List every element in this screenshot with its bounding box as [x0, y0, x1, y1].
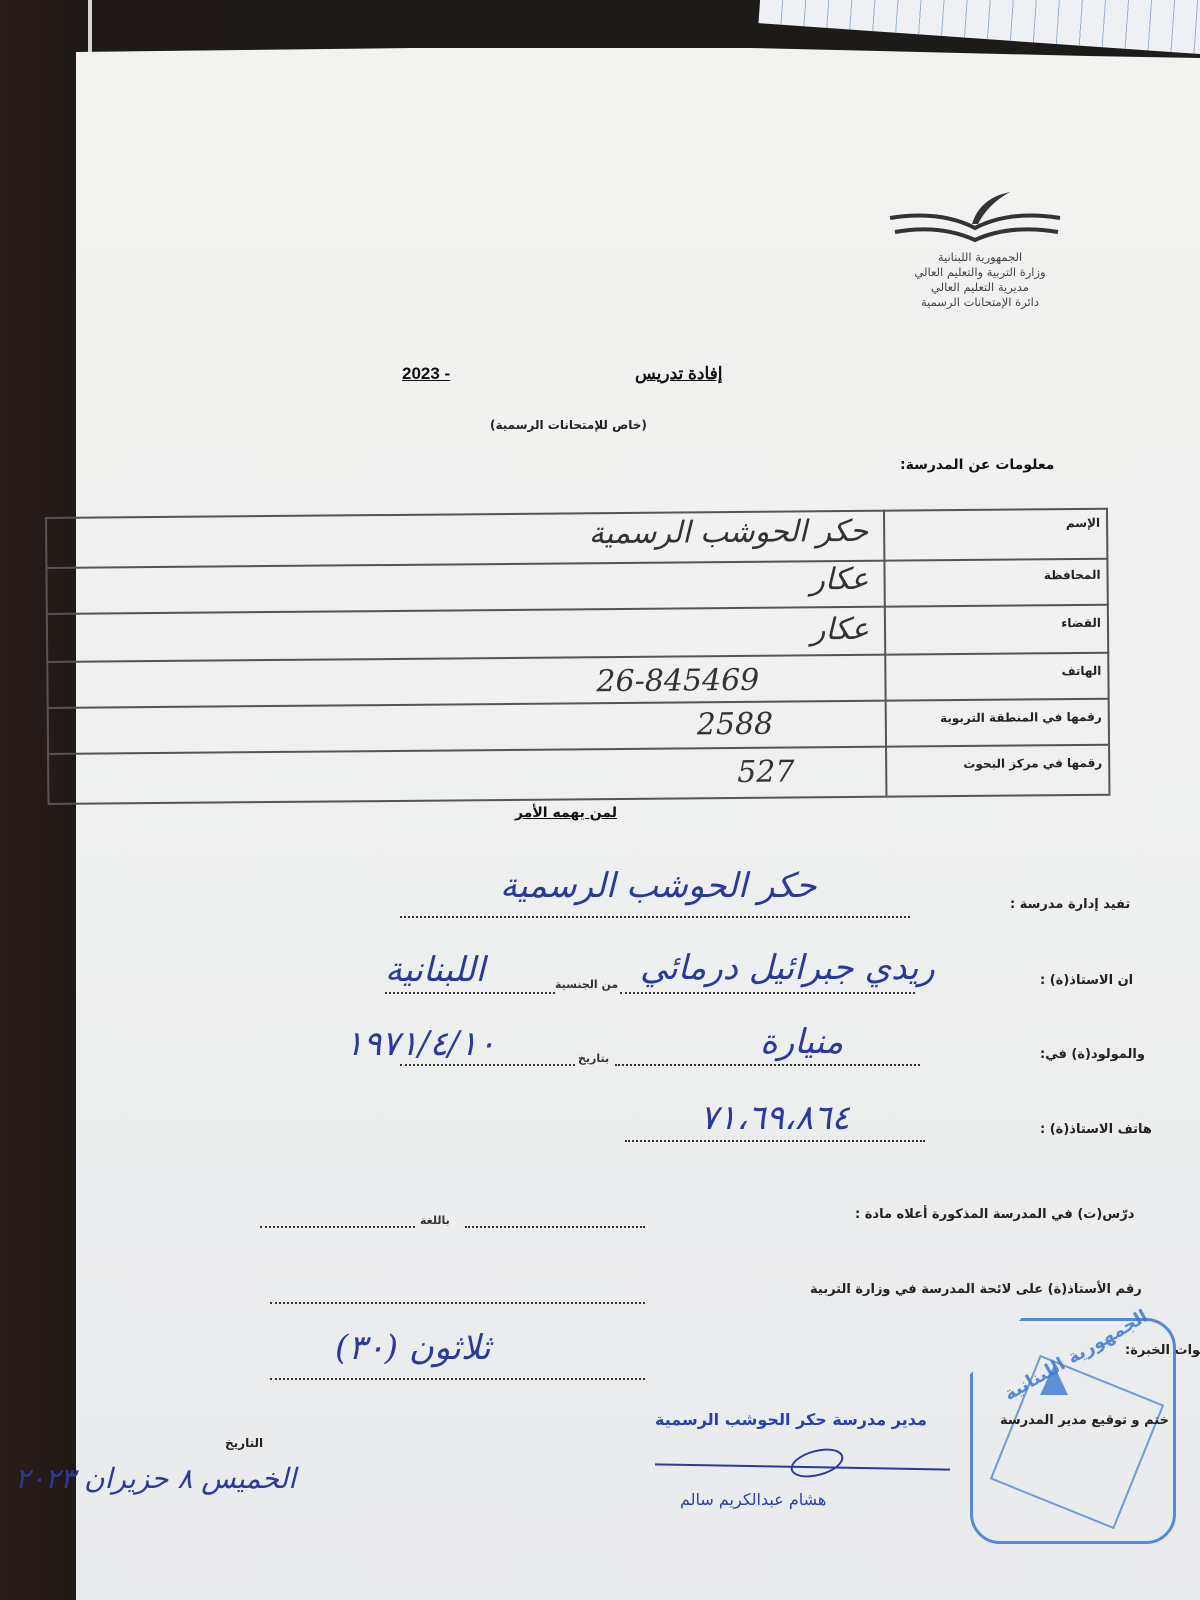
birth-date-value: ١٩٧١/٤/١٠: [345, 1024, 496, 1064]
stamp-signature-label: ختم و توقيع مدير المدرسة: [1000, 1413, 1169, 1428]
fill-line: [620, 992, 915, 994]
ministry-line: الجمهورية اللبنانية: [880, 250, 1080, 265]
row-value: عكار: [810, 562, 868, 598]
ministry-line: مديرية التعليم العالي: [880, 280, 1080, 295]
row-value: 26-845469: [596, 663, 759, 699]
birth-place-value: منيارة: [760, 1022, 843, 1062]
fill-line: [270, 1378, 645, 1380]
fill-line: [270, 1302, 645, 1304]
fill-line: [400, 1064, 575, 1066]
document-subtitle: (خاص للإمتحانات الرسمية): [490, 418, 647, 432]
document-year: 2023 -: [402, 364, 450, 384]
nationality-value: اللبنانية: [385, 950, 485, 990]
teacher-label: ان الاستاذ(ة) :: [1040, 973, 1133, 988]
language-label: باللغة: [420, 1214, 450, 1227]
row-value: 527: [737, 754, 795, 789]
fill-line: [615, 1064, 920, 1066]
row-label: المحافظة: [1044, 568, 1101, 582]
fill-line: [385, 992, 555, 994]
director-title: مدير مدرسة حكر الحوشب الرسمية: [655, 1410, 927, 1429]
fill-line: [400, 916, 910, 918]
to-whom-it-may-concern: لمن يهمه الأمر: [515, 805, 617, 821]
row-label: الهاتف: [1061, 664, 1101, 678]
row-label: القضاء: [1061, 616, 1101, 630]
experience-value: ثلاثون (٣٠): [335, 1328, 491, 1368]
date-footer-label: التاريخ: [225, 1436, 263, 1450]
school-info-table: الإسم حكر الحوشب الرسمية المحافظة عكار ا…: [45, 508, 1110, 803]
teacher-phone-label: هاتف الاستاذ(ة) :: [1040, 1122, 1152, 1137]
director-name: هشام عبدالكريم سالم: [680, 1490, 826, 1509]
row-label: رقمها في مركز البحوث: [963, 756, 1102, 771]
school-admin-value: حكر الحوشب الرسمية: [500, 866, 817, 906]
ministry-line: وزارة التربية والتعليم العالي: [880, 265, 1080, 280]
school-info-heading: معلومات عن المدرسة:: [900, 457, 1054, 473]
school-admin-label: تفيد إدارة مدرسة :: [1010, 897, 1130, 912]
ministry-number-label: رقم الأستاذ(ة) على لائحة المدرسة في وزار…: [810, 1282, 1142, 1297]
issue-date-value: الخميس ٨ حزيران ٢٠٢٣: [15, 1462, 296, 1495]
background-notebook-page: [758, 0, 1200, 57]
fill-line: [465, 1226, 645, 1228]
document-title: إفادة تدريس: [635, 364, 723, 384]
teacher-phone-value: ٧١،٦٩،٨٦٤: [700, 1098, 850, 1138]
row-value: عكار: [811, 612, 869, 648]
ministry-header: الجمهورية اللبنانية وزارة التربية والتعل…: [880, 250, 1080, 310]
teacher-name-value: ريدي جبرائيل درمائي: [640, 948, 935, 988]
row-value: 2588: [697, 707, 774, 743]
fill-line: [625, 1140, 925, 1142]
row-value: حكر الحوشب الرسمية: [589, 514, 869, 551]
table-row: رقمها في مركز البحوث 527: [47, 744, 1110, 805]
date-label: بتاريخ: [578, 1052, 609, 1065]
nationality-label: من الجنسية: [555, 978, 618, 991]
row-label: رقمها في المنطقة التربوية: [940, 710, 1102, 725]
ministry-line: دائرة الإمتحانات الرسمية: [880, 295, 1080, 310]
born-label: والمولود(ة) في:: [1040, 1047, 1145, 1062]
subject-label: درّس(ت) في المدرسة المذكورة أعلاه مادة :: [855, 1207, 1134, 1222]
row-label: الإسم: [1066, 516, 1100, 530]
fill-line: [260, 1226, 415, 1228]
